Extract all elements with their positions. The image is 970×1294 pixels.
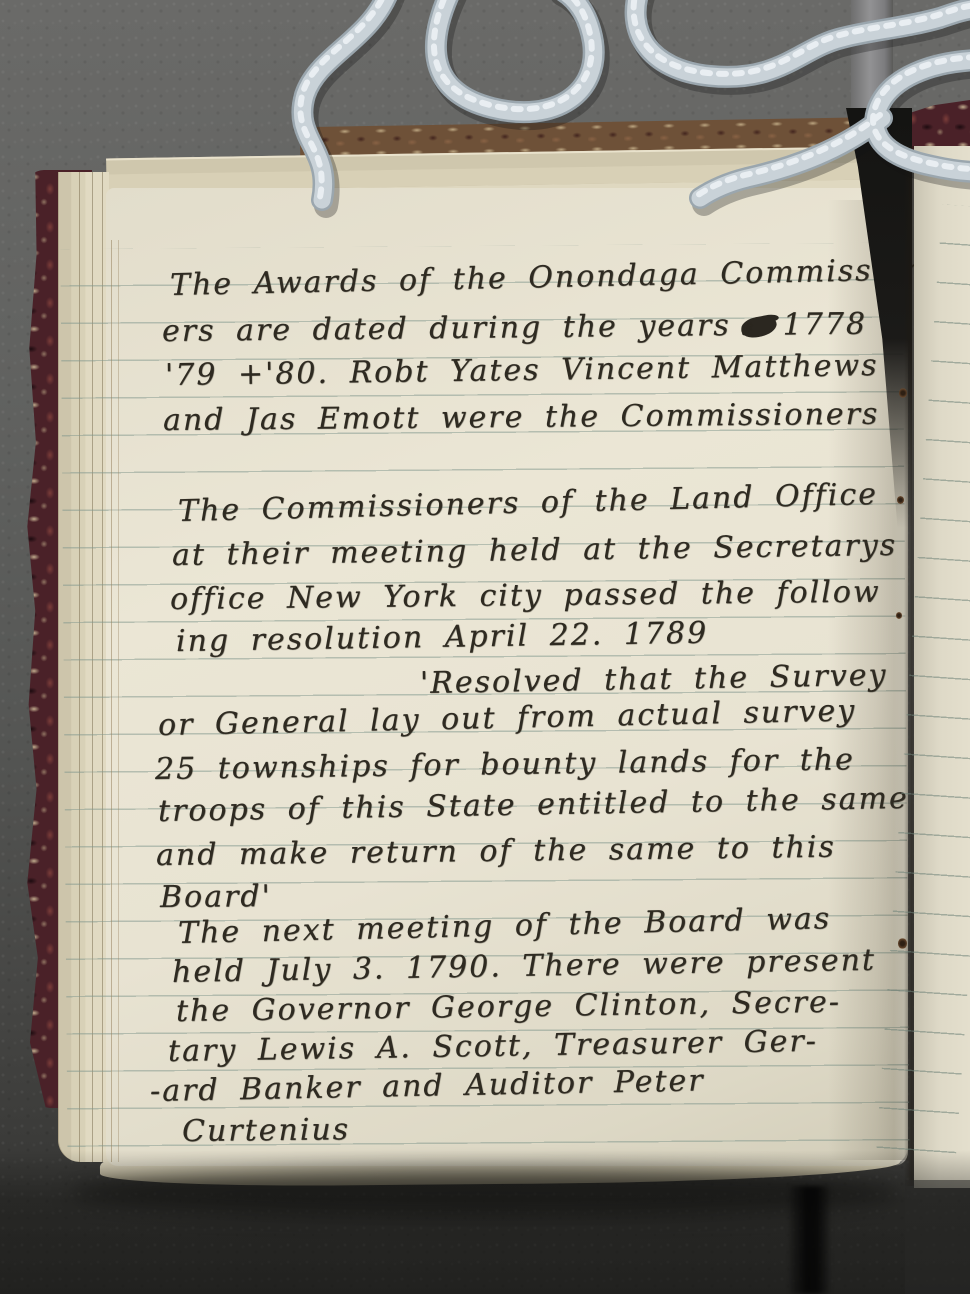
binding-hole — [898, 938, 907, 949]
table-shadow-slot — [790, 1186, 830, 1294]
photo-of-notebook: The Awards of the Onondaga Commission er… — [0, 0, 970, 1294]
handwriting-segment: 1778 — [782, 307, 867, 343]
facing-page-bottom-shadow — [905, 1180, 970, 1294]
handwriting-line: and Jas Emott were the Commissioners — [163, 397, 880, 438]
ink-blot-strikeout: # — [741, 313, 777, 340]
binding-hole — [896, 612, 902, 619]
margin-line — [111, 240, 112, 1162]
facing-page — [914, 146, 970, 1188]
handwriting-line: ers are dated during the years#1778 — [162, 307, 867, 349]
binding-hole — [897, 496, 904, 504]
handwriting-line: office New York city passed the follow — [170, 575, 881, 617]
handwriting-segment: ers are dated during the years — [162, 308, 731, 349]
handwriting-line: Board' — [160, 879, 272, 915]
margin-line — [118, 240, 119, 1162]
handwriting-line: Curtenius — [182, 1112, 350, 1149]
binding-hole — [899, 388, 907, 398]
